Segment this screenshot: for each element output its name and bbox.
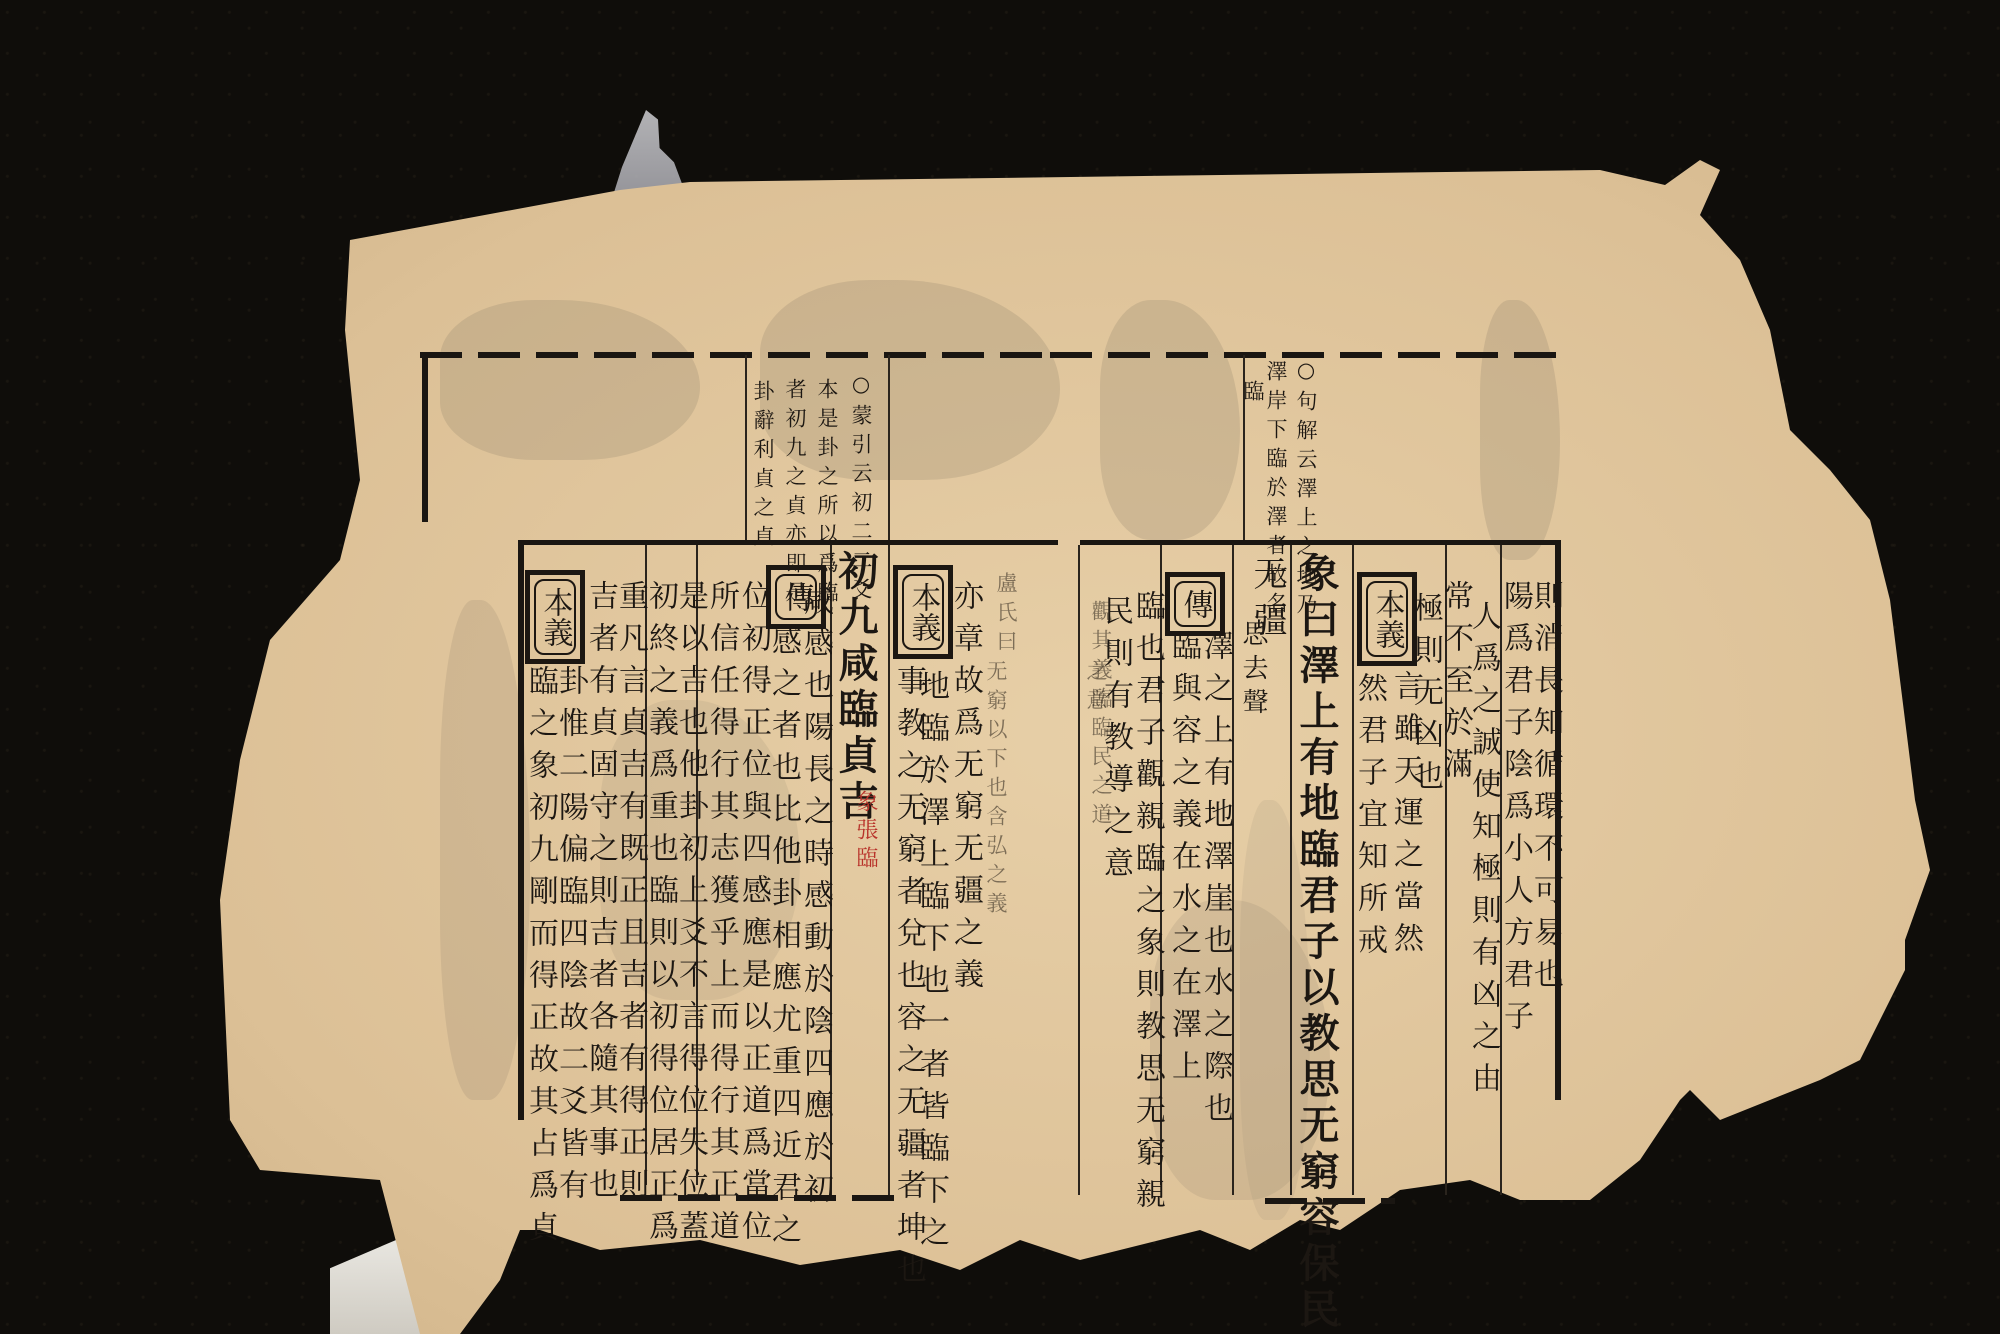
benyi-label-text: 本義 [1366, 581, 1408, 657]
margin-note-divider [745, 355, 747, 540]
left-col1: 亦章故爲无窮无疆之義 [950, 580, 980, 1000]
right-col13-faint: 觀其義臨臨民之道 [1090, 600, 1111, 832]
margin-note-left-col4: 卦辭利貞之貞 [752, 380, 773, 554]
left-col12: 卦惟二陽偏臨四陰故二爻皆有 [555, 665, 585, 1211]
red-annotation: 象張臨 [850, 790, 881, 874]
left-col13: 臨之象初九剛而得正故其占爲貞 [525, 665, 555, 1253]
left-col7: 所信任得行其志獲乎上而得行其正道 [706, 580, 736, 1252]
zhuan-label-right: 傳 [1165, 572, 1225, 636]
right-col7: 然君子宜知所戒 [1354, 672, 1384, 966]
left-col10: 重凡言貞吉有既正且吉者有得正則 [615, 580, 645, 1210]
left-col11: 吉者有貞固守之則吉者各隨其事也 [585, 580, 615, 1210]
column-rule [888, 545, 890, 1195]
right-col8: 澤之上有地澤崖也水之際也 [1200, 630, 1230, 1134]
benyi-label-text: 本義 [534, 579, 576, 655]
zhuan-label-text: 傳 [1174, 581, 1216, 627]
stain [440, 300, 700, 460]
left-col4: 咸感也陽長之時感動於陰四應於初 [800, 585, 830, 1215]
left-outer-border [422, 352, 428, 522]
stain [1480, 300, 1560, 560]
left-faint-col2: 无窮以下也含弘之義 [985, 660, 1006, 921]
note-sound: 思去聲 [1240, 620, 1266, 722]
right-col10: 臨也君子觀親臨之象則教思无窮親 [1132, 590, 1162, 1220]
column-rule [1078, 545, 1080, 1195]
right-col6: 言雖天運之當然 [1390, 670, 1420, 964]
margin-note-right-col3: 臨 [1242, 380, 1263, 409]
left-col3: 事教之无窮者兌也容之无疆者坤也 [893, 665, 923, 1295]
benyi-label-left-2: 本義 [525, 570, 585, 664]
stain [440, 600, 530, 1100]
left-faint-col1: 盧氏曰 [995, 572, 1016, 659]
right-col2: 陽爲君子陰爲小人方君子 [1500, 580, 1530, 1042]
main-top-border-right [1080, 540, 1560, 545]
left-col5: 感之者也比他卦相應尤重四近君之 [768, 625, 798, 1255]
margin-note-divider [888, 355, 890, 540]
left-col8: 是以吉也他卦初上爻不言得位失位蓋 [675, 580, 705, 1252]
benyi-label-text: 本義 [902, 574, 944, 650]
right-col9: 臨與容之義在水之在澤上 [1168, 630, 1198, 1092]
left-col9: 初終之義爲重也臨則以初得位居正爲 [645, 580, 675, 1252]
yao-main-text: 初九咸臨貞吉 [835, 550, 875, 826]
right-col1: 則消長知循環不可易也 [1530, 580, 1560, 1000]
stain [1100, 300, 1240, 540]
column-rule [1290, 545, 1292, 1195]
right-col4: 常不至於滿 [1440, 580, 1470, 790]
benyi-label-right: 本義 [1357, 572, 1417, 666]
upper-border-left [420, 352, 1060, 358]
benyi-label-left-1: 本義 [893, 565, 953, 659]
xiang-main-text: 象曰澤上有地臨君子以教思无窮容保民 [1296, 552, 1336, 1334]
left-col6: 位初得正位與四感應是以正道爲當位 [738, 580, 768, 1252]
